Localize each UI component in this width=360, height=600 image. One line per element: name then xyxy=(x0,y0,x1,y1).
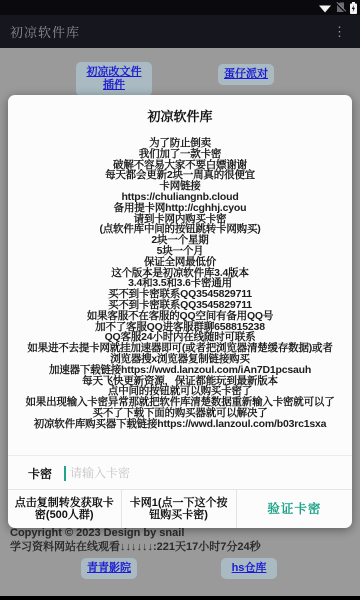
card-site-buy-button[interactable]: 卡网1(点一下这个按钮购买卡密) xyxy=(122,490,237,528)
copyright-text: Copyright © 2023 Design by snail xyxy=(10,527,358,541)
link-hs-warehouse[interactable]: hs仓库 xyxy=(221,558,277,579)
dialog-body-line: 初凉软件库购买器下载链接https://wwd.lanzoul.com/b03r… xyxy=(8,419,352,430)
dialog-body-line: 我们加了一款卡密 xyxy=(8,149,352,160)
wifi-icon xyxy=(319,3,331,13)
dialog-actions: 点击复制转发获取卡密(500人群) 卡网1(点一下这个按钮购买卡密) 验证卡密 xyxy=(8,489,352,528)
app-bar: 初凉软件库 ⋮ xyxy=(0,15,360,48)
card-key-label: 卡密 xyxy=(28,465,52,482)
card-key-input[interactable] xyxy=(68,465,332,481)
card-key-dialog: 初凉软件库 为了防止倒卖我们加了一款卡密破解不容易大家不要白嫖谢谢每天都会更新2… xyxy=(8,95,352,528)
footer: Copyright © 2023 Design by snail 学习资料网站在… xyxy=(10,527,358,554)
battery-charging-icon xyxy=(350,2,357,14)
copy-share-get-key-button[interactable]: 点击复制转发获取卡密(500人群) xyxy=(8,490,122,528)
dialog-body-line: 备用提卡网http://cghhj.cyou xyxy=(8,203,352,214)
dialog-body: 为了防止倒卖我们加了一款卡密破解不容易大家不要白嫖谢谢每天都会更新2块一周真的很… xyxy=(8,138,352,430)
no-sim-icon xyxy=(335,2,346,13)
link-qingqing-cinema[interactable]: 青青影院 xyxy=(81,558,137,579)
phone-screen: 初凉软件库 ⋮ 初凉改文件插件 蛋仔派对 Copyright © 2023 De… xyxy=(0,0,360,600)
link-danzai-party[interactable]: 蛋仔派对 xyxy=(218,64,274,85)
card-key-input-row: 卡密 xyxy=(8,455,352,490)
dialog-body-line: 加速器下载链接https://wwd.lanzoul.com/iAn7D1pcs… xyxy=(8,365,352,376)
overflow-menu-icon[interactable]: ⋮ xyxy=(329,23,350,40)
status-bar xyxy=(0,0,360,15)
dialog-body-line: 保证全网最低价 xyxy=(8,257,352,268)
bottom-nav-strip xyxy=(0,596,360,600)
text-caret xyxy=(64,466,66,481)
dialog-title: 初凉软件库 xyxy=(8,95,352,125)
app-title: 初凉软件库 xyxy=(10,22,80,41)
dialog-body-line: 如果客服不在客服的QQ空间有备用QQ号 xyxy=(8,311,352,322)
countdown-text: 学习资料网站在线观看↓↓↓↓↓↓:221天17小时7分24秒 xyxy=(10,541,358,555)
link-chuliang-file-plugin[interactable]: 初凉改文件插件 xyxy=(76,62,152,96)
verify-key-button[interactable]: 验证卡密 xyxy=(237,490,352,528)
